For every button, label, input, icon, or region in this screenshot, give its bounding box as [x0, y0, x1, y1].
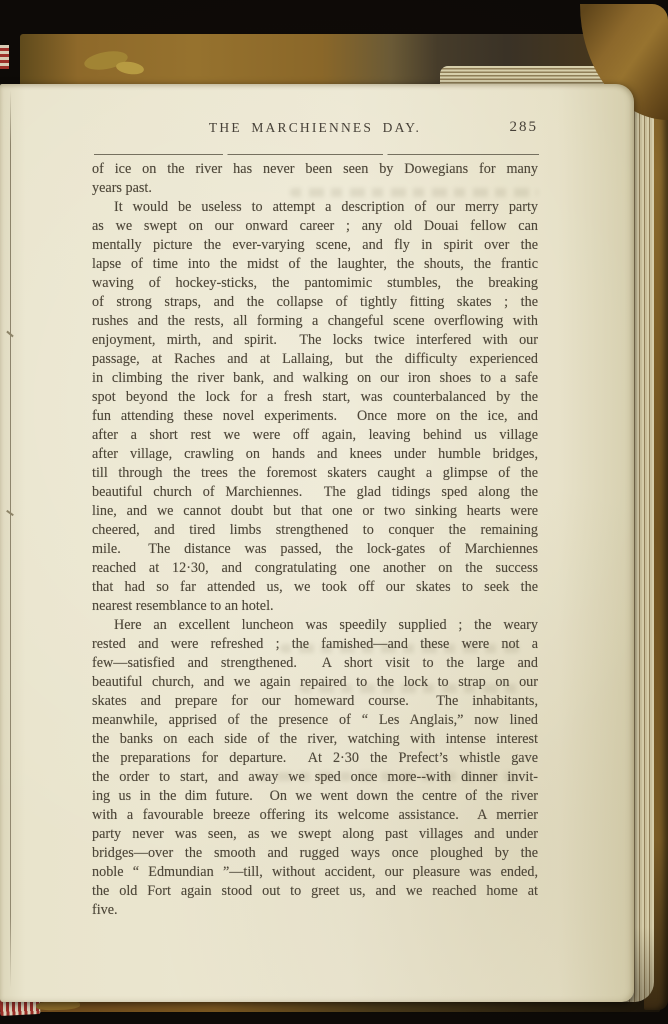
- page-text: of ice on the river has never been seen …: [92, 160, 538, 920]
- text-line: rushes and the rests, all forming a chan…: [92, 312, 538, 331]
- text-line: noble “ Edmundian ”—till, without accide…: [92, 863, 538, 882]
- text-line: spot beyond the lock for a fresh start, …: [92, 388, 538, 407]
- text-line: ing us in the dim future. On we went dow…: [92, 787, 538, 806]
- text-line: with a favourable breeze offering its we…: [92, 806, 538, 825]
- header-rule: [94, 154, 539, 155]
- running-header-title: THE MARCHIENNES DAY.: [92, 120, 538, 136]
- text-line: rested and were refreshed ; the famished…: [92, 635, 538, 654]
- text-line: in climbing the river bank, and walking …: [92, 369, 538, 388]
- gutter-shadow-line: [10, 90, 11, 988]
- text-line: that had so far attended us, we took off…: [92, 578, 538, 597]
- text-line: beautiful church of Marchiennes. The gla…: [92, 483, 538, 502]
- text-line: waving of hockey-sticks, the pantomimic …: [92, 274, 538, 293]
- running-header: THE MARCHIENNES DAY. 285: [92, 120, 538, 142]
- text-line: It would be useless to attempt a descrip…: [92, 198, 538, 217]
- text-line: enjoyment, mirth, and spirit. The locks …: [92, 331, 538, 350]
- text-line: few—satisfied and strengthened. A short …: [92, 654, 538, 673]
- text-line: after village, crawling on hands and kne…: [92, 445, 538, 464]
- text-line: the preparations for departure. At 2·30 …: [92, 749, 538, 768]
- text-line: five.: [92, 901, 538, 920]
- text-line: beautiful church, and we again repaired …: [92, 673, 538, 692]
- text-line: cheered, and tired limbs strengthened to…: [92, 521, 538, 540]
- text-line: as we swept on our onward career ; any o…: [92, 217, 538, 236]
- text-line: the old Fort again stood out to greet us…: [92, 882, 538, 901]
- text-line: party never was seen, as we swept along …: [92, 825, 538, 844]
- text-line: skates and prepare for our homeward cour…: [92, 692, 538, 711]
- text-line: of strong straps, and the collapse of ti…: [92, 293, 538, 312]
- text-line: line, and we cannot doubt but that one o…: [92, 502, 538, 521]
- text-line: meanwhile, apprised of the presence of “…: [92, 711, 538, 730]
- text-line: fun attending these novel experiments. O…: [92, 407, 538, 426]
- text-line: the banks on each side of the river, wat…: [92, 730, 538, 749]
- text-line: mentally picture the ever-varying scene,…: [92, 236, 538, 255]
- page-number: 285: [510, 119, 539, 136]
- text-line: passage, at Raches and at Lallaing, but …: [92, 350, 538, 369]
- headband-top: [0, 45, 9, 69]
- book-scan: THE MARCHIENNES DAY. 285 of ice on the r…: [0, 0, 668, 1024]
- text-line: till through the trees the foremost skat…: [92, 464, 538, 483]
- text-line: years past.: [92, 179, 538, 198]
- text-line: after a short rest we were off again, le…: [92, 426, 538, 445]
- text-line: of ice on the river has never been seen …: [92, 160, 538, 179]
- text-line: nearest resemblance to an hotel.: [92, 597, 538, 616]
- text-line: reached at 12·30, and congratulating one…: [92, 559, 538, 578]
- text-line: Here an excellent luncheon was speedily …: [92, 616, 538, 635]
- text-line: lapse of time into the midst of the laug…: [92, 255, 538, 274]
- text-line: mile. The distance was passed, the lock-…: [92, 540, 538, 559]
- text-line: the order to start, and away we sped onc…: [92, 768, 538, 787]
- paragraph: It would be useless to attempt a descrip…: [92, 198, 538, 616]
- text-line: bridges—over the smooth and rugged ways …: [92, 844, 538, 863]
- paragraph: Here an excellent luncheon was speedily …: [92, 616, 538, 920]
- paragraph: of ice on the river has never been seen …: [92, 160, 538, 198]
- book-page: THE MARCHIENNES DAY. 285 of ice on the r…: [0, 84, 634, 1002]
